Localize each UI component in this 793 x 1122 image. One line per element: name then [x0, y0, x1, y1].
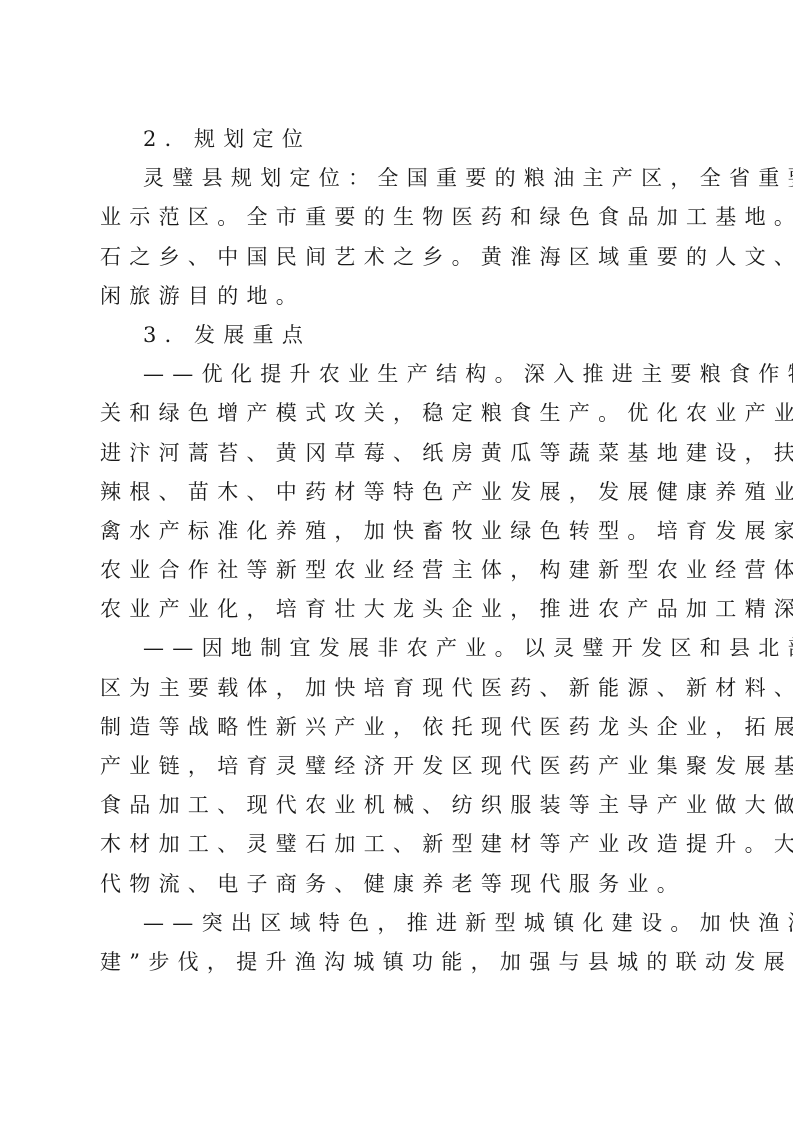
document-page: 2．规划定位 灵璧县规划定位：全国重要的粮油主产区，全省重要现代农 业示范区。全… — [100, 120, 694, 982]
paragraph-line: 闲旅游目的地。 — [100, 277, 694, 316]
paragraph-planning-positioning: 灵璧县规划定位：全国重要的粮油主产区，全省重要现代农 业示范区。全市重要的生物医… — [100, 159, 694, 316]
paragraph-agriculture-structure: ——优化提升农业生产结构。深入推进主要粮食作物高产攻 关和绿色增产模式攻关，稳定… — [100, 355, 694, 629]
paragraph-line: 关和绿色增产模式攻关，稳定粮食生产。优化农业产业结构，推 — [100, 394, 694, 433]
paragraph-line: 农业产业化，培育壮大龙头企业，推进农产品加工精深化。 — [100, 590, 694, 629]
paragraph-line: 产业链，培育灵璧经济开发区现代医药产业集聚发展基地。推动 — [100, 747, 694, 786]
paragraph-line: ——优化提升农业生产结构。深入推进主要粮食作物高产攻 — [100, 355, 694, 394]
paragraph-line: 业示范区。全市重要的生物医药和绿色食品加工基地。中国观赏 — [100, 198, 694, 237]
paragraph-line: 代物流、电子商务、健康养老等现代服务业。 — [100, 865, 694, 904]
section-heading-development-focus: 3．发展重点 — [100, 316, 694, 355]
paragraph-line: 石之乡、中国民间艺术之乡。黄淮海区域重要的人文、生态、休 — [100, 238, 694, 277]
paragraph-line: 灵璧县规划定位：全国重要的粮油主产区，全省重要现代农 — [100, 159, 694, 198]
paragraph-line: 木材加工、灵璧石加工、新型建材等产业改造提升。大力发展现 — [100, 825, 694, 864]
paragraph-non-agricultural-industry: ——因地制宜发展非农产业。以灵璧开发区和县北部工业新 区为主要载体，加快培育现代… — [100, 629, 694, 903]
paragraph-line: 建”步伐，提升渔沟城镇功能，加强与县城的联动发展，打造灵璧 — [100, 943, 694, 982]
section-heading-planning-positioning: 2．规划定位 — [100, 120, 694, 159]
paragraph-line: 辣根、苗木、中药材等特色产业发展，发展健康养殖业，推动畜 — [100, 473, 694, 512]
paragraph-line: 制造等战略性新兴产业，依托现代医药龙头企业，拓展延伸相关 — [100, 708, 694, 747]
paragraph-line: ——突出区域特色，推进新型城镇化建设。加快渔沟“镇当县 — [100, 904, 694, 943]
paragraph-line: 禽水产标准化养殖，加快畜牧业绿色转型。培育发展家庭农场、 — [100, 512, 694, 551]
paragraph-line: 进汴河蒿苔、黄冈草莓、纸房黄瓜等蔬菜基地建设，扶持花生、 — [100, 434, 694, 473]
paragraph-line: ——因地制宜发展非农产业。以灵璧开发区和县北部工业新 — [100, 629, 694, 668]
paragraph-urbanization: ——突出区域特色，推进新型城镇化建设。加快渔沟“镇当县 建”步伐，提升渔沟城镇功… — [100, 904, 694, 982]
paragraph-line: 区为主要载体，加快培育现代医药、新能源、新材料、高端装备 — [100, 669, 694, 708]
paragraph-line: 农业合作社等新型农业经营主体，构建新型农业经营体系。加快 — [100, 551, 694, 590]
paragraph-line: 食品加工、现代农业机械、纺织服装等主导产业做大做强，引导 — [100, 786, 694, 825]
